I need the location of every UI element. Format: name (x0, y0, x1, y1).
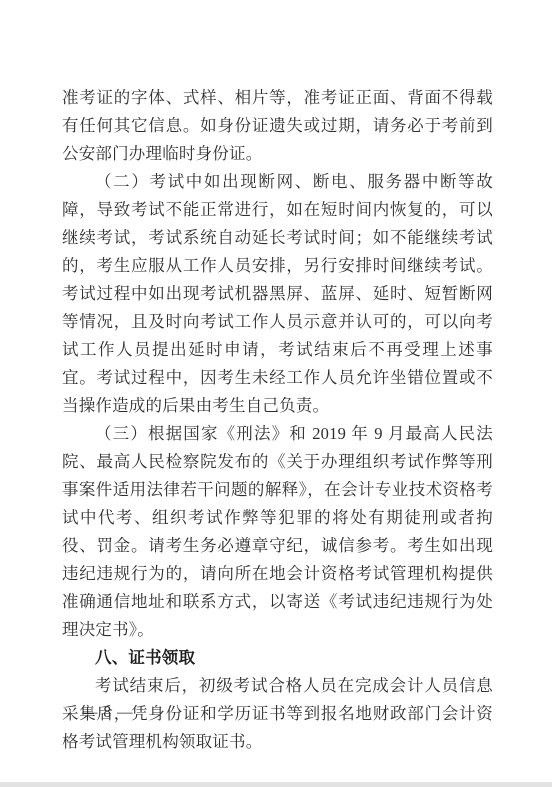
viewer-bottom-edge (0, 782, 552, 787)
page-number: — 8 — (82, 699, 134, 727)
paragraph-section-2-exam-interruption: （二）考试中如出现断网、断电、服务器中断等故障，导致考试不能正常进行，如在短时间… (62, 168, 493, 420)
document-body: 准考证的字体、式样、相片等，准考证正面、背面不得载有任何其它信息。如身份证遗失或… (62, 84, 493, 756)
paragraph-section-3-criminal-law: （三）根据国家《刑法》和 2019 年 9 月最高人民法院、最高人民检察院发布的… (62, 420, 493, 644)
heading-section-8-certificate-collection: 八、证书领取 (62, 644, 493, 672)
document-page: 准考证的字体、式样、相片等，准考证正面、背面不得载有任何其它信息。如身份证遗失或… (0, 0, 552, 787)
paragraph-admission-card-notice: 准考证的字体、式样、相片等，准考证正面、背面不得载有任何其它信息。如身份证遗失或… (62, 84, 493, 168)
